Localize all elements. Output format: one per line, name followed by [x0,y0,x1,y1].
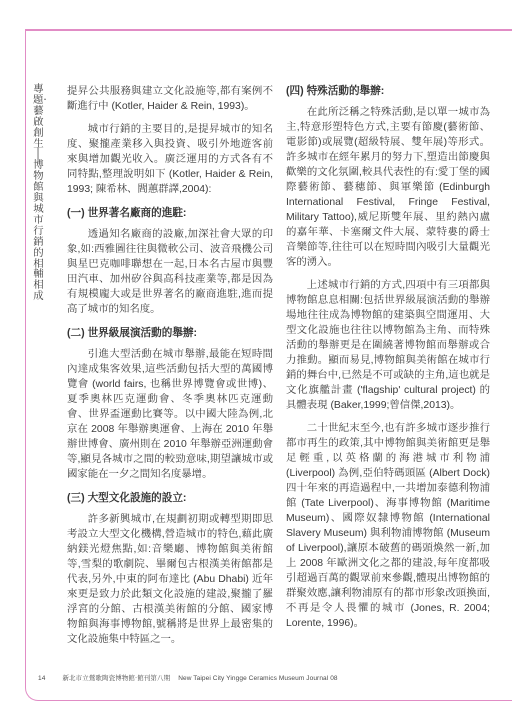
paragraph-city-marketing-overview: 城市行銷的主要目的,是提昇城市的知名度、聚攏產業移入與投資、吸引外地遊客前來與增… [67,122,273,197]
journal-title-en: New Taipei City Yingge Ceramics Museum J… [178,675,337,682]
page-number: 14 [38,675,45,682]
paragraph-museum-summary: 上述城市行銷的方式,四項中有三項都與博物館息息相關:包括世界級展演活動的舉辦場地… [286,278,490,413]
section-body-famous-companies: 透過知名廠商的設廠,加深社會大眾的印象,如:西雅圖往往與微軟公司、波音飛機公司與… [67,227,273,317]
section-heading-cultural-facilities: (三) 大型文化設施的設立: [67,491,273,506]
section-heading-famous-companies: (一) 世界著名廠商的進駐: [67,206,273,221]
section-heading-special-events: (四) 特殊活動的舉辦: [286,84,490,99]
section-body-cultural-facilities: 許多新興城市,在規劃初期或轉型期即思考設立大型文化機構,營造城市的特色,藉此廣納… [67,512,273,647]
page-footer: 14 新北市立鶯歌陶瓷博物館‧館刊第八期 New Taipei City Yin… [38,673,338,682]
section-body-world-class-events: 引進大型活動在城市舉辦,最能在短時間內達成集客效果,這些活動包括大型的萬國博覽會… [67,347,273,482]
chapter-vertical-title: 專題‧藝啟創生│博物館與城市行銷的相輔相成 [33,85,44,303]
paragraph-continuation: 提昇公共服務與建立文化設施等,都有案例不斷進行中 (Kotler, Haider… [67,84,273,114]
section-heading-world-class-events: (二) 世界級展演活動的舉辦: [67,326,273,341]
section-body-special-events: 在此所泛稱之特殊活動,是以單一城市為主,特意形塑特色方式,主要有節慶(藝術節、電… [286,105,490,270]
journal-title-zh: 新北市立鶯歌陶瓷博物館‧館刊第八期 [62,673,170,682]
left-text-column: 提昇公共服務與建立文化設施等,都有案例不斷進行中 (Kotler, Haider… [67,84,273,647]
right-text-column: (四) 特殊活動的舉辦: 在此所泛稱之特殊活動,是以單一城市為主,特意形塑特色方… [286,84,490,631]
paragraph-urban-regeneration: 二十世紀末至今,也有許多城市逐步推行都市再生的政策,其中博物館與美術館更是舉足輕… [286,421,490,631]
